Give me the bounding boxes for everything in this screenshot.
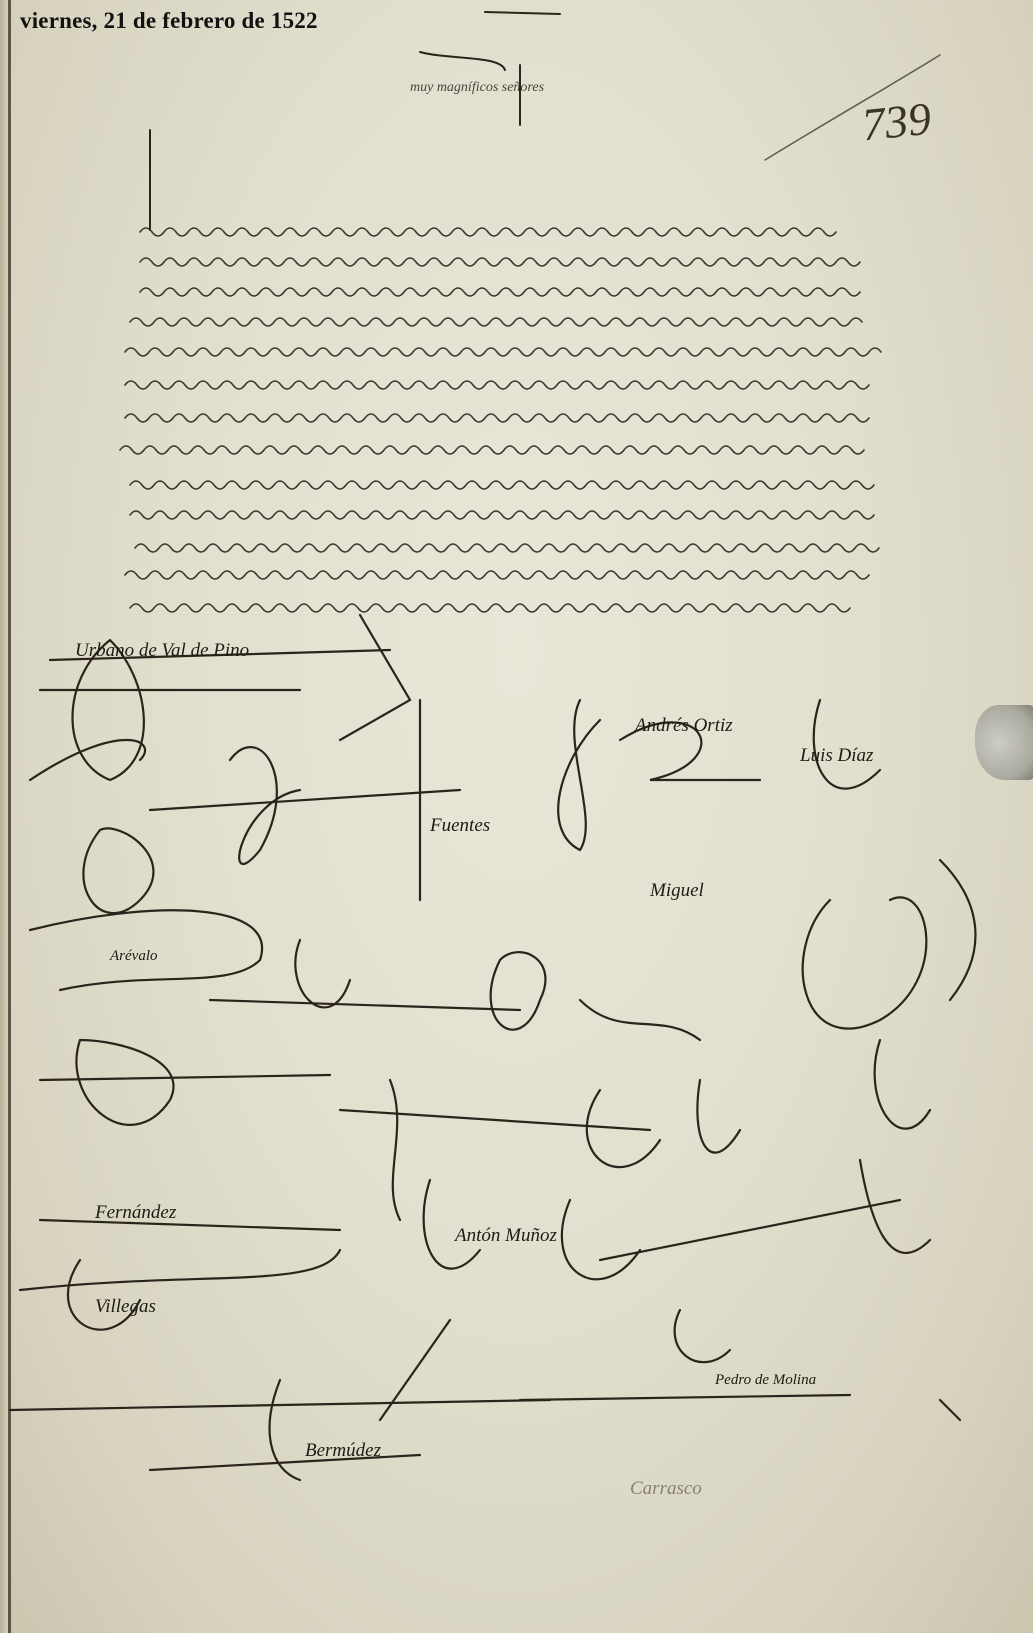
signature-label: Pedro de Molina	[715, 1372, 816, 1389]
signature-label: Antón Muñoz	[455, 1225, 557, 1247]
signature-label: Bermúdez	[305, 1440, 381, 1462]
signature-label: Villegas	[95, 1296, 156, 1318]
manuscript-page: viernes, 21 de febrero de 1522 739 muy m…	[0, 0, 1033, 1633]
signature-label: Urbano de Val de Pino	[75, 640, 249, 662]
signature-label: Fernández	[95, 1202, 176, 1224]
signature-label: Arévalo	[110, 948, 157, 965]
handwriting-strokes	[0, 0, 1033, 1633]
signature-label: Andrés Ortiz	[635, 715, 733, 737]
signature-label: Miguel	[650, 880, 704, 902]
signature-label: Luis Díaz	[800, 745, 873, 767]
signature-label-faint: Carrasco	[630, 1478, 702, 1500]
signature-label: Fuentes	[430, 815, 490, 837]
